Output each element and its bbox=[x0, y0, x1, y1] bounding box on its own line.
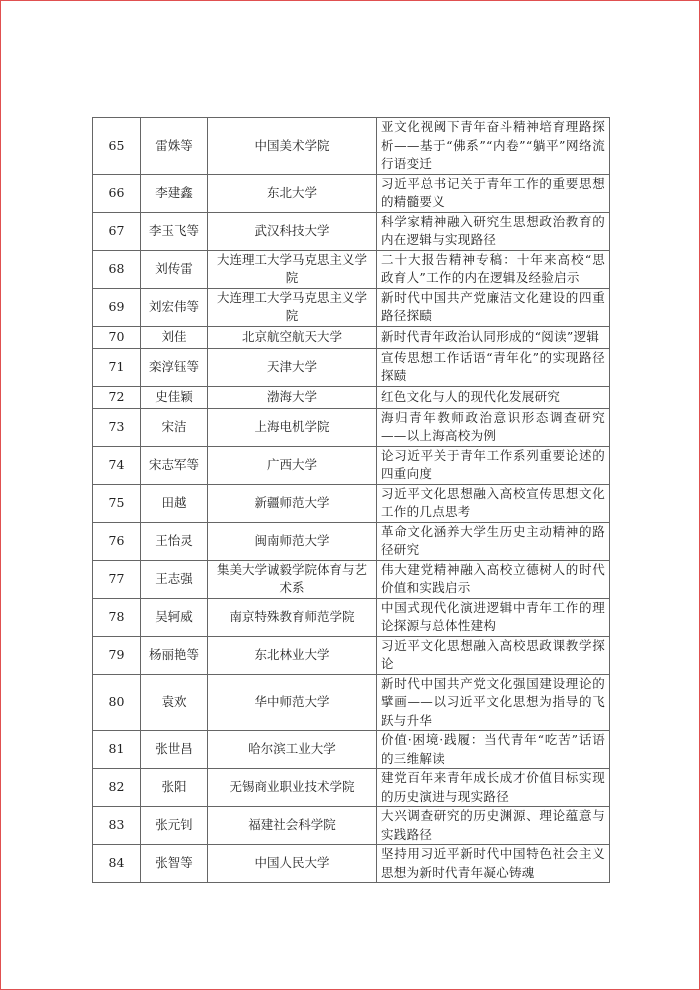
paper-title-cell: 新时代青年政治认同形成的“阅读”逻辑 bbox=[377, 326, 610, 348]
row-number: 72 bbox=[93, 386, 141, 408]
row-number: 71 bbox=[93, 348, 141, 386]
institution-cell: 中国人民大学 bbox=[208, 845, 377, 883]
row-number: 70 bbox=[93, 326, 141, 348]
paper-title-cell: 科学家精神融入研究生思想政治教育的内在逻辑与实现路径 bbox=[377, 212, 610, 250]
author-cell: 王怡灵 bbox=[141, 522, 208, 560]
table-row: 80 袁欢 华中师范大学 新时代中国共产党文化强国建设理论的擘画——以习近平文化… bbox=[93, 674, 610, 731]
row-number: 77 bbox=[93, 560, 141, 598]
institution-cell: 东北林业大学 bbox=[208, 636, 377, 674]
institution-cell: 中国美术学院 bbox=[208, 118, 377, 175]
author-cell: 田越 bbox=[141, 484, 208, 522]
institution-cell: 上海电机学院 bbox=[208, 408, 377, 446]
author-cell: 宋洁 bbox=[141, 408, 208, 446]
row-number: 73 bbox=[93, 408, 141, 446]
author-cell: 栾淳钰等 bbox=[141, 348, 208, 386]
institution-cell: 新疆师范大学 bbox=[208, 484, 377, 522]
award-list-table: 65 雷姝等 中国美术学院 亚文化视阈下青年奋斗精神培育理路探析——基于“佛系”… bbox=[92, 117, 610, 883]
table-row: 67 李玉飞等 武汉科技大学 科学家精神融入研究生思想政治教育的内在逻辑与实现路… bbox=[93, 212, 610, 250]
table-row: 83 张元钊 福建社会科学院 大兴调查研究的历史渊源、理论蕴意与实践路径 bbox=[93, 807, 610, 845]
row-number: 65 bbox=[93, 118, 141, 175]
institution-cell: 武汉科技大学 bbox=[208, 212, 377, 250]
author-cell: 刘佳 bbox=[141, 326, 208, 348]
table-row: 75 田越 新疆师范大学 习近平文化思想融入高校宣传思想文化工作的几点思考 bbox=[93, 484, 610, 522]
row-number: 83 bbox=[93, 807, 141, 845]
row-number: 75 bbox=[93, 484, 141, 522]
table-row: 76 王怡灵 闽南师范大学 革命文化涵养大学生历史主动精神的路径研究 bbox=[93, 522, 610, 560]
row-number: 67 bbox=[93, 212, 141, 250]
row-number: 81 bbox=[93, 731, 141, 769]
author-cell: 刘宏伟等 bbox=[141, 288, 208, 326]
institution-cell: 无锡商业职业技术学院 bbox=[208, 769, 377, 807]
table-row: 69 刘宏伟等 大连理工大学马克思主义学院 新时代中国共产党廉洁文化建设的四重路… bbox=[93, 288, 610, 326]
institution-cell: 广西大学 bbox=[208, 446, 377, 484]
table-row: 77 王志强 集美大学诚毅学院体育与艺术系 伟大建党精神融入高校立德树人的时代价… bbox=[93, 560, 610, 598]
author-cell: 王志强 bbox=[141, 560, 208, 598]
row-number: 82 bbox=[93, 769, 141, 807]
paper-title-cell: 亚文化视阈下青年奋斗精神培育理路探析——基于“佛系”“内卷”“躺平”网络流行语变… bbox=[377, 118, 610, 175]
table-row: 74 宋志军等 广西大学 论习近平关于青年工作系列重要论述的四重向度 bbox=[93, 446, 610, 484]
author-cell: 杨丽艳等 bbox=[141, 636, 208, 674]
paper-title-cell: 价值·困境·践履：当代青年“吃苦”话语的三维解读 bbox=[377, 731, 610, 769]
table-row: 81 张世昌 哈尔滨工业大学 价值·困境·践履：当代青年“吃苦”话语的三维解读 bbox=[93, 731, 610, 769]
institution-cell: 大连理工大学马克思主义学院 bbox=[208, 250, 377, 288]
author-cell: 张阳 bbox=[141, 769, 208, 807]
paper-title-cell: 宣传思想工作话语“青年化”的实现路径探赜 bbox=[377, 348, 610, 386]
table-row: 73 宋洁 上海电机学院 海归青年教师政治意识形态调查研究——以上海高校为例 bbox=[93, 408, 610, 446]
author-cell: 张世昌 bbox=[141, 731, 208, 769]
row-number: 76 bbox=[93, 522, 141, 560]
paper-title-cell: 习近平文化思想融入高校宣传思想文化工作的几点思考 bbox=[377, 484, 610, 522]
author-cell: 张元钊 bbox=[141, 807, 208, 845]
author-cell: 李玉飞等 bbox=[141, 212, 208, 250]
institution-cell: 东北大学 bbox=[208, 174, 377, 212]
author-cell: 雷姝等 bbox=[141, 118, 208, 175]
institution-cell: 福建社会科学院 bbox=[208, 807, 377, 845]
table-row: 84 张智等 中国人民大学 坚持用习近平新时代中国特色社会主义思想为新时代青年凝… bbox=[93, 845, 610, 883]
institution-cell: 南京特殊教育师范学院 bbox=[208, 598, 377, 636]
paper-title-cell: 伟大建党精神融入高校立德树人的时代价值和实践启示 bbox=[377, 560, 610, 598]
table-row: 70 刘佳 北京航空航天大学 新时代青年政治认同形成的“阅读”逻辑 bbox=[93, 326, 610, 348]
table-row: 68 刘传雷 大连理工大学马克思主义学院 二十大报告精神专稿：十年来高校“思政育… bbox=[93, 250, 610, 288]
row-number: 84 bbox=[93, 845, 141, 883]
institution-cell: 集美大学诚毅学院体育与艺术系 bbox=[208, 560, 377, 598]
row-number: 68 bbox=[93, 250, 141, 288]
author-cell: 宋志军等 bbox=[141, 446, 208, 484]
author-cell: 李建鑫 bbox=[141, 174, 208, 212]
author-cell: 张智等 bbox=[141, 845, 208, 883]
row-number: 74 bbox=[93, 446, 141, 484]
table-body: 65 雷姝等 中国美术学院 亚文化视阈下青年奋斗精神培育理路探析——基于“佛系”… bbox=[93, 118, 610, 883]
paper-title-cell: 建党百年来青年成长成才价值目标实现的历史演进与现实路径 bbox=[377, 769, 610, 807]
author-cell: 刘传雷 bbox=[141, 250, 208, 288]
table-row: 79 杨丽艳等 东北林业大学 习近平文化思想融入高校思政课教学探论 bbox=[93, 636, 610, 674]
row-number: 80 bbox=[93, 674, 141, 731]
institution-cell: 哈尔滨工业大学 bbox=[208, 731, 377, 769]
institution-cell: 天津大学 bbox=[208, 348, 377, 386]
paper-title-cell: 红色文化与人的现代化发展研究 bbox=[377, 386, 610, 408]
paper-title-cell: 革命文化涵养大学生历史主动精神的路径研究 bbox=[377, 522, 610, 560]
author-cell: 吴轲威 bbox=[141, 598, 208, 636]
row-number: 79 bbox=[93, 636, 141, 674]
institution-cell: 北京航空航天大学 bbox=[208, 326, 377, 348]
author-cell: 袁欢 bbox=[141, 674, 208, 731]
paper-title-cell: 习近平总书记关于青年工作的重要思想的精髓要义 bbox=[377, 174, 610, 212]
institution-cell: 渤海大学 bbox=[208, 386, 377, 408]
table-row: 65 雷姝等 中国美术学院 亚文化视阈下青年奋斗精神培育理路探析——基于“佛系”… bbox=[93, 118, 610, 175]
table-row: 66 李建鑫 东北大学 习近平总书记关于青年工作的重要思想的精髓要义 bbox=[93, 174, 610, 212]
row-number: 69 bbox=[93, 288, 141, 326]
paper-title-cell: 大兴调查研究的历史渊源、理论蕴意与实践路径 bbox=[377, 807, 610, 845]
table-row: 72 史佳颖 渤海大学 红色文化与人的现代化发展研究 bbox=[93, 386, 610, 408]
paper-title-cell: 二十大报告精神专稿：十年来高校“思政育人”工作的内在逻辑及经验启示 bbox=[377, 250, 610, 288]
institution-cell: 华中师范大学 bbox=[208, 674, 377, 731]
institution-cell: 闽南师范大学 bbox=[208, 522, 377, 560]
paper-title-cell: 新时代中国共产党文化强国建设理论的擘画——以习近平文化思想为指导的飞跃与升华 bbox=[377, 674, 610, 731]
row-number: 66 bbox=[93, 174, 141, 212]
paper-title-cell: 坚持用习近平新时代中国特色社会主义思想为新时代青年凝心铸魂 bbox=[377, 845, 610, 883]
author-cell: 史佳颖 bbox=[141, 386, 208, 408]
institution-cell: 大连理工大学马克思主义学院 bbox=[208, 288, 377, 326]
table-row: 82 张阳 无锡商业职业技术学院 建党百年来青年成长成才价值目标实现的历史演进与… bbox=[93, 769, 610, 807]
paper-title-cell: 新时代中国共产党廉洁文化建设的四重路径探赜 bbox=[377, 288, 610, 326]
paper-title-cell: 海归青年教师政治意识形态调查研究——以上海高校为例 bbox=[377, 408, 610, 446]
paper-title-cell: 论习近平关于青年工作系列重要论述的四重向度 bbox=[377, 446, 610, 484]
row-number: 78 bbox=[93, 598, 141, 636]
paper-title-cell: 中国式现代化演进逻辑中青年工作的理论探源与总体性建构 bbox=[377, 598, 610, 636]
table-row: 71 栾淳钰等 天津大学 宣传思想工作话语“青年化”的实现路径探赜 bbox=[93, 348, 610, 386]
table-row: 78 吴轲威 南京特殊教育师范学院 中国式现代化演进逻辑中青年工作的理论探源与总… bbox=[93, 598, 610, 636]
paper-title-cell: 习近平文化思想融入高校思政课教学探论 bbox=[377, 636, 610, 674]
